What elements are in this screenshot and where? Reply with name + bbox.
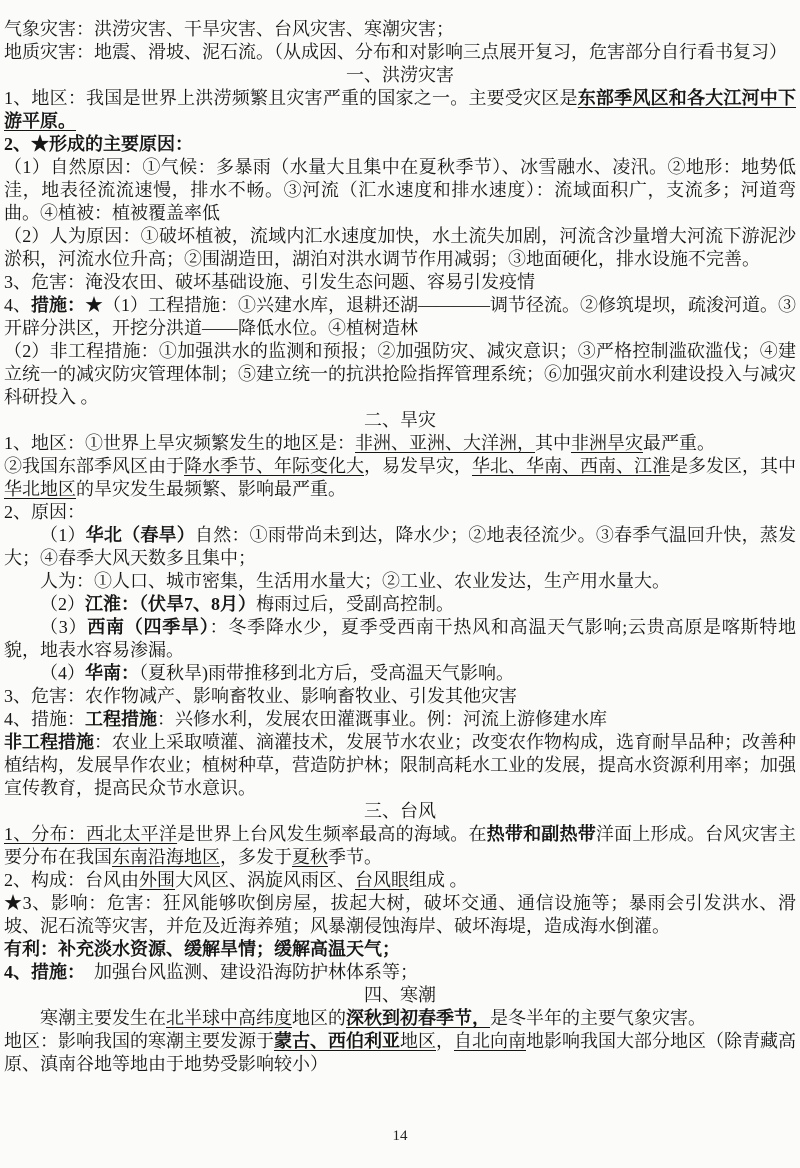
text-run: 西南（四季旱） [87,617,209,637]
text-run: 北半球中高纬度 [166,1008,292,1028]
text-run: 2、原因： [4,502,85,522]
text-run: 季节。 [328,847,382,867]
text-run: 是冬半年的主要气象灾害。 [490,1008,706,1028]
text-run: （2）非工程措施：①加强洪水的监测和预报；②加强防灾、减灾意识；③严格控制滥砍滥… [4,341,796,407]
text-run: 外围 [139,870,175,890]
paragraph: （1）自然原因：①气候：多暴雨（水量大且集中在夏秋季节）、冰雪融水、凌汛。②地形… [4,156,796,225]
text-run: ，多发于 [220,847,292,867]
text-run: 3、危害：农作物减产、影响畜牧业、影响畜牧业、引发其他灾害 [4,686,517,706]
text-run: 4、措施： [4,709,85,729]
paragraph: 2、构成：台风由外围大风区、涡旋风雨区、台风眼组成 。 [4,869,796,892]
text-run: ★（1）工程措施：①兴建水库，退耕还湖————调节径流。②修筑堤坝，疏浚河道。③… [4,295,796,338]
text-run: 最严重。 [643,433,715,453]
text-run: 措施： [31,295,85,315]
text-run: 华南： [85,663,139,683]
text-run: 4、措施： [4,962,76,982]
text-run: 自北向南 [454,1031,526,1051]
text-run: 华北（春旱） [86,525,195,545]
text-run: 其中 [535,433,571,453]
text-run: 加强台风监测、建设沿海防护林体系等； [76,962,418,982]
document-body: 气象灾害：洪涝灾害、干旱灾害、台风灾害、寒潮灾害；地质灾害：地震、滑坡、泥石流。… [4,18,796,1076]
text-run: 非工程措施 [4,732,94,752]
text-run: ，易发旱灾， [364,456,472,476]
text-run: ， [436,1031,454,1051]
text-run: （2）人为原因：①破坏植被，流域内汇水速度加快，水土流失加剧，河流含沙量增大河流… [4,226,796,269]
text-run: 气象灾害：洪涝灾害、干旱灾害、台风灾害、寒潮灾害； [4,19,454,39]
text-run: 1、地区：我国是世界上洪涝频繁且灾害严重的国家之一。主要受灾区是 [4,88,578,108]
text-run: （1）自然原因：①气候：多暴雨（水量大且集中在夏秋季节）、冰雪融水、凌汛。②地形… [4,157,796,223]
text-run: （3） [40,617,87,637]
text-run: 地区 [400,1031,436,1051]
text-run: 台风眼 [355,870,409,890]
text-run: 工程措施 [85,709,157,729]
text-run: 四、寒潮 [364,985,436,1005]
text-run: 1、地区：①世界上旱灾频繁发生的地区是： [4,433,355,453]
section-heading: 二、旱灾 [4,409,796,432]
paragraph: 寒潮主要发生在北半球中高纬度地区的深秋到初春季节，是冬半年的主要气象灾害。 [4,1007,796,1030]
text-run: 华北地区 [4,479,76,499]
text-run: 蒙古、西伯利亚 [274,1031,400,1051]
text-run: 东南沿海地区 [112,847,220,867]
text-run: 的旱灾发生最频繁、影响最严重。 [76,479,346,499]
text-run: 有利：补充淡水资源、缓解旱情；缓解高温天气； [4,939,400,959]
text-run: ★3、影响：危害：狂风能够吹倒房屋，拔起大树，破坏交通、通信设施等；暴雨会引发洪… [4,893,796,936]
section-heading: 三、台风 [4,800,796,823]
paragraph: （2）江淮：（伏旱7、8月）梅雨过后，受副高控制。 [4,593,796,616]
text-run: 三、台风 [364,801,436,821]
paragraph: ★3、影响：危害：狂风能够吹倒房屋，拔起大树，破坏交通、通信设施等；暴雨会引发洪… [4,892,796,938]
paragraph: 3、危害：淹没农田、破坏基础设施、引发生态问题、容易引发疫情 [4,271,796,294]
text-run: 是多发区，其中 [670,456,796,476]
text-run: 人为：①人口、城市密集，生活用水量大；②工业、农业发达，生产用水量大。 [40,571,670,591]
paragraph: 气象灾害：洪涝灾害、干旱灾害、台风灾害、寒潮灾害； [4,18,796,41]
text-run: ：农业上采取喷灌、滴灌技术，发展节水农业；改变农作物构成，选育耐旱品种；改善种植… [4,732,796,798]
paragraph: （1）华北（春旱）自然：①雨带尚未到达，降水少；②地表径流少。③春季气温回升快，… [4,524,796,570]
text-run: 1、分布：西北太平洋 [4,824,177,844]
paragraph: 地质灾害：地震、滑坡、泥石流。（从成因、分布和对影响三点展开复习，危害部分自行看… [4,41,796,64]
paragraph: ②我国东部季风区由于降水季节、年际变化大，易发旱灾，华北、华南、西南、江淮是多发… [4,455,796,501]
paragraph: 1、地区：我国是世界上洪涝频繁且灾害严重的国家之一。主要受灾区是东部季风区和各大… [4,87,796,133]
text-run: 2、★形成的主要原因： [4,134,193,154]
text-run: 夏秋 [292,847,328,867]
text-run: ②我国东部季风区由于 [4,456,184,476]
text-run: 地质灾害：地震、滑坡、泥石流。（从成因、分布和对影响三点展开复习，危害部分自行看… [4,42,787,62]
paragraph: 非工程措施：农业上采取喷灌、滴灌技术，发展节水农业；改变农作物构成，选育耐旱品种… [4,731,796,800]
paragraph: 人为：①人口、城市密集，生活用水量大；②工业、农业发达，生产用水量大。 [4,570,796,593]
text-run: 非洲、亚洲、大洋洲， [355,433,535,453]
section-heading: 四、寒潮 [4,984,796,1007]
text-run: 大风区、涡旋风雨区、 [175,870,355,890]
text-run: 3、危害：淹没农田、破坏基础设施、引发生态问题、容易引发疫情 [4,272,535,292]
text-run: 寒潮主要发生在 [40,1008,166,1028]
text-run: 深秋到初春季节， [346,1008,490,1028]
text-run: 是世界上台风发生频率最高的海域。在 [177,824,487,844]
text-run: 组成 。 [409,870,468,890]
text-run: （4） [40,663,85,683]
text-run: 江淮：（伏旱7、8月） [85,594,256,614]
text-run: 地区：影响我国的寒潮主要发源于 [4,1031,274,1051]
text-run: （夏秋旱)雨带推移到北方后，受高温天气影响。 [139,663,514,683]
text-run: ：兴修水利，发展农田灌溉事业。例：河流上游修建水库 [157,709,607,729]
text-run: 一、洪涝灾害 [346,65,454,85]
paragraph: （2）非工程措施：①加强洪水的监测和预报；②加强防灾、减灾意识；③严格控制滥砍滥… [4,340,796,409]
text-run: （1） [40,525,86,545]
text-run: 4、 [4,295,31,315]
paragraph: 4、措施：工程措施：兴修水利，发展农田灌溉事业。例：河流上游修建水库 [4,708,796,731]
paragraph: 4、措施：★（1）工程措施：①兴建水库，退耕还湖————调节径流。②修筑堤坝，疏… [4,294,796,340]
paragraph: 2、原因： [4,501,796,524]
text-run: 二、旱灾 [364,410,436,430]
text-run: 华北、华南、西南、江淮 [472,456,670,476]
section-heading: 一、洪涝灾害 [4,64,796,87]
paragraph: 1、分布：西北太平洋是世界上台风发生频率最高的海域。在热带和副热带洋面上形成。台… [4,823,796,869]
paragraph: 3、危害：农作物减产、影响畜牧业、影响畜牧业、引发其他灾害 [4,685,796,708]
text-run: 2、构成：台风由 [4,870,139,890]
text-run: （2） [40,594,85,614]
text-run: 地区的 [292,1008,346,1028]
text-run: 降水季节、年际变化大 [184,456,364,476]
page-number: 14 [0,1126,800,1146]
text-run: 热带和副热带 [487,824,596,844]
text-run: 梅雨过后，受副高控制。 [256,594,454,614]
paragraph: 1、地区：①世界上旱灾频繁发生的地区是：非洲、亚洲、大洋洲，其中非洲旱灾最严重。 [4,432,796,455]
paragraph: 有利：补充淡水资源、缓解旱情；缓解高温天气； [4,938,796,961]
paragraph: （4）华南：（夏秋旱)雨带推移到北方后，受高温天气影响。 [4,662,796,685]
paragraph: （3）西南（四季旱）：冬季降水少，夏季受西南干热风和高温天气影响;云贵高原是喀斯… [4,616,796,662]
paragraph: 4、措施： 加强台风监测、建设沿海防护林体系等； [4,961,796,984]
text-run: 非洲旱灾 [571,433,643,453]
paragraph: 2、★形成的主要原因： [4,133,796,156]
paragraph: （2）人为原因：①破坏植被，流域内汇水速度加快，水土流失加剧，河流含沙量增大河流… [4,225,796,271]
paragraph: 地区：影响我国的寒潮主要发源于蒙古、西伯利亚地区，自北向南地影响我国大部分地区（… [4,1030,796,1076]
